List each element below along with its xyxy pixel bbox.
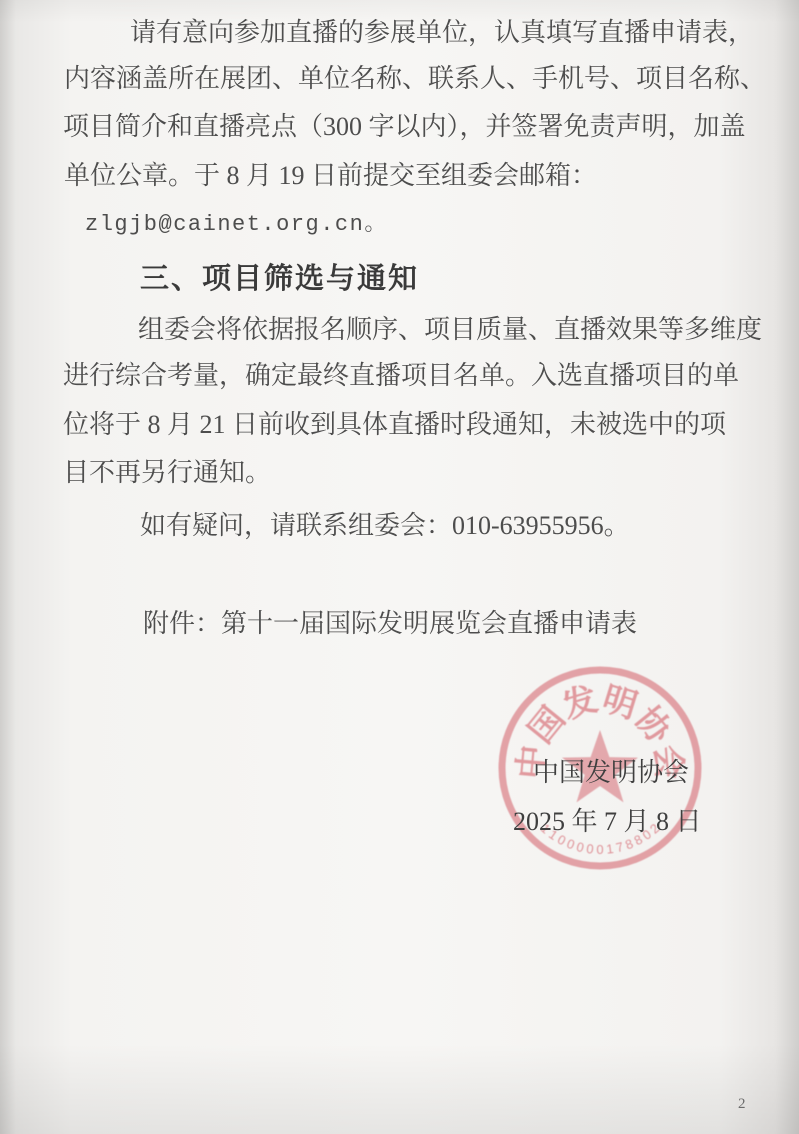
signature-date: 2025 年 7 月 8 日 <box>513 801 702 838</box>
section-heading: 三、项目筛选与通知 <box>140 256 419 297</box>
body-line: 目不再另行通知。 <box>63 452 271 489</box>
scanned-document-page: 请有意向参加直播的参展单位，认真填写直播申请表， 内容涵盖所在展团、单位名称、联… <box>0 0 799 1134</box>
attachment-line: 附件：第十一届国际发明展览会直播申请表 <box>143 603 637 640</box>
body-line: 项目简介和直播亮点（300 字以内），并签署免责声明，加盖 <box>63 106 746 143</box>
svg-text:0: 0 <box>586 841 595 857</box>
body-line: 内容涵盖所在展团、单位名称、联系人、手机号、项目名称、 <box>64 58 766 95</box>
svg-text:0: 0 <box>575 839 586 855</box>
body-line: 进行综合考量，确定最终直播项目名单。入选直播项目的单 <box>63 355 739 392</box>
body-line: 请有意向参加直播的参展单位，认真填写直播申请表， <box>130 12 754 49</box>
page-number: 2 <box>738 1096 746 1113</box>
email-line: zlgjb@cainet.org.cn。 <box>85 206 388 237</box>
body-line: 位将于 8 月 21 日前收到具体直播时段通知，未被选中的项 <box>63 404 726 441</box>
contact-line: 如有疑问，请联系组委会：010-63955956。 <box>140 505 630 542</box>
body-line: 单位公章。于 8 月 19 日前提交至组委会邮箱： <box>64 155 597 192</box>
svg-text:0: 0 <box>596 842 603 857</box>
signature-org: 中国发明协会 <box>533 752 689 789</box>
body-line: 组委会将依据报名顺序、项目质量、直播效果等多维度 <box>138 309 762 346</box>
svg-text:1: 1 <box>605 841 614 857</box>
